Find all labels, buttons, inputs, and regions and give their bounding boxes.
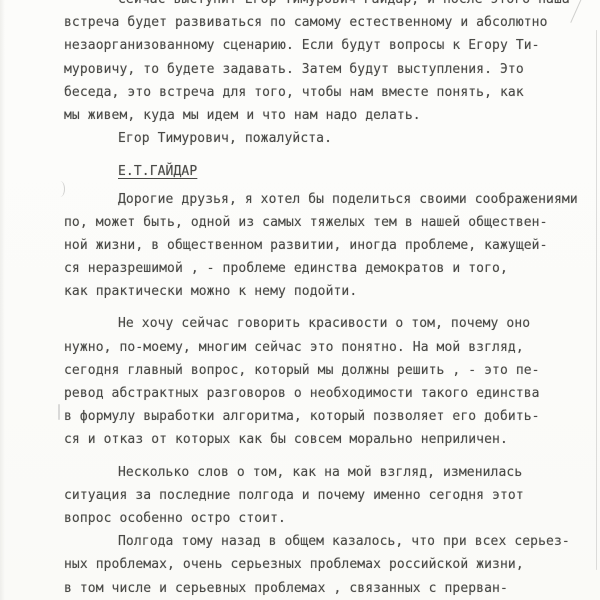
text-line: вопрос особенно остро стоит. bbox=[64, 507, 584, 530]
text-line: встреча будет развиваться по самому есте… bbox=[64, 11, 584, 34]
text-line: беседа, это встреча для того, чтобы нам … bbox=[64, 81, 584, 104]
scanned-document-page: Сейчас выступит Егор Тимурович Гайдар, и… bbox=[0, 0, 600, 600]
scan-edge-shade bbox=[0, 0, 5, 600]
text-line: Полгода тому назад в общем казалось, что… bbox=[64, 530, 584, 553]
text-line: ситуация за последние полгода и почему и… bbox=[64, 484, 584, 507]
text-line: по, может быть, одной из самых тяжелых т… bbox=[64, 211, 584, 234]
text-line: в формулу выработки алгоритма, который п… bbox=[64, 405, 584, 428]
text-line: муровичу, то будете задавать. Затем буду… bbox=[64, 58, 584, 81]
text-line: Несколько слов о том, как на мой взгляд,… bbox=[64, 461, 584, 484]
text-line: в том числе и серьевных проблемах , связ… bbox=[64, 577, 584, 600]
typewritten-text-block: Сейчас выступит Егор Тимурович Гайдар, и… bbox=[64, 0, 584, 600]
text-line: ных проблемах, очень серьезных проблемах… bbox=[64, 553, 584, 576]
text-line: как практически можно к нему подойти. bbox=[64, 280, 584, 303]
text-line: мы живем, куда мы идем и что нам надо де… bbox=[64, 104, 584, 127]
text-line: Не хочу сейчас говорить красивости о том… bbox=[64, 312, 584, 335]
text-line: незаорганизованному сценарию. Если будут… bbox=[64, 34, 584, 57]
text-line: ся и отказ от которых как бы совсем мора… bbox=[64, 428, 584, 451]
text-line: ся неразрешимой , - проблеме единства де… bbox=[64, 257, 584, 280]
text-line: нужно, по-моему, многим сейчас это понят… bbox=[64, 336, 584, 359]
text-line: ревод абстрактных разговоров о необходим… bbox=[64, 382, 584, 405]
scan-pen-tick bbox=[58, 404, 60, 420]
text-line: Егор Тимурович, пожалуйста. bbox=[64, 127, 584, 150]
text-line: сегодня главный вопрос, который мы должн… bbox=[64, 359, 584, 382]
text-line: Сейчас выступит Егор Тимурович Гайдар, и… bbox=[64, 0, 584, 11]
text-line: ной жизни, в общественном развитии, иног… bbox=[64, 234, 584, 257]
scan-fold-line-artifact bbox=[596, 30, 598, 570]
text-line: Е.Т.ГАЙДАР bbox=[64, 160, 584, 183]
text-line: Дорогие друзья, я хотел бы поделиться св… bbox=[64, 188, 584, 211]
